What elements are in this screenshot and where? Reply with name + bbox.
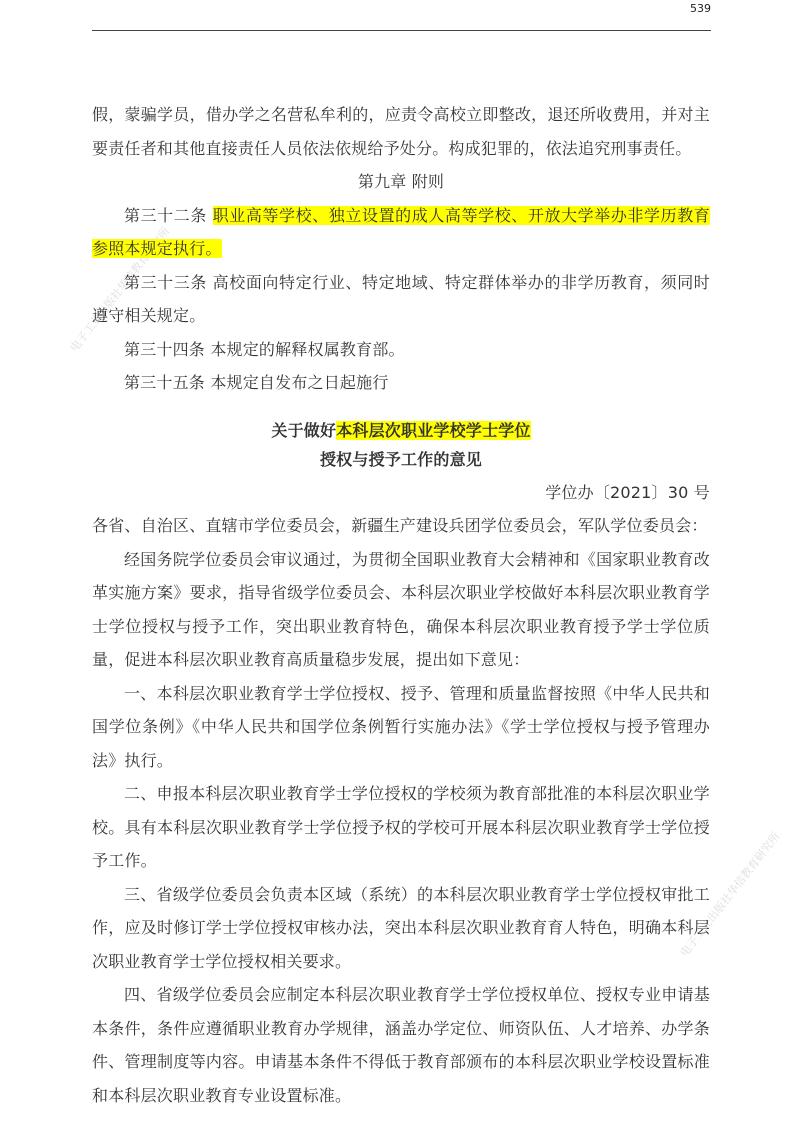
article-32: 第三十二条 职业高等学校、独立设置的成人高等学校、开放大学举办非学历教育参照本规…	[92, 199, 710, 266]
paragraph-1: 一、本科层次职业教育学士学位授权、授予、管理和质量监督按照《中华人民共和国学位条…	[92, 677, 710, 778]
title-line-1: 关于做好本科层次职业学校学士学位	[92, 416, 710, 445]
chapter-heading: 第九章 附则	[92, 165, 710, 199]
page-number: 539	[690, 2, 711, 15]
document-body: 假，蒙骗学员，借办学之名营私牟利的，应责令高校立即整改，退还所收费用，并对主要责…	[92, 98, 710, 1112]
paragraph-4: 四、省级学位委员会应制定本科层次职业教育学士学位授权单位、授权专业申请基本条件，…	[92, 978, 710, 1112]
document-title: 关于做好本科层次职业学校学士学位 授权与授予工作的意见	[92, 416, 710, 474]
title-line-2: 授权与授予工作的意见	[92, 445, 710, 474]
article-label: 第三十二条	[124, 206, 207, 225]
article-label: 第三十四条	[124, 340, 205, 359]
header-rule	[92, 30, 711, 31]
article-text: 本规定自发布之日起施行	[210, 373, 388, 392]
document-number: 学位办〔2021〕30 号	[92, 476, 710, 510]
article-34: 第三十四条 本规定的解释权属教育部。	[92, 333, 710, 367]
article-33: 第三十三条 高校面向特定行业、特定地域、特定群体举办的非学历教育，须同时遵守相关…	[92, 266, 710, 333]
article-text: 本规定的解释权属教育部。	[210, 340, 404, 359]
title-prefix: 关于做好	[271, 421, 336, 440]
article-label: 第三十五条	[124, 373, 205, 392]
continuation-paragraph: 假，蒙骗学员，借办学之名营私牟利的，应责令高校立即整改，退还所收费用，并对主要责…	[92, 98, 710, 165]
paragraph-intro: 经国务院学位委员会审议通过，为贯彻全国职业教育大会精神和《国家职业教育改革实施方…	[92, 543, 710, 677]
addressee: 各省、自治区、直辖市学位委员会，新疆生产建设兵团学位委员会，军队学位委员会：	[92, 509, 710, 543]
paragraph-3: 三、省级学位委员会负责本区域（系统）的本科层次职业教育学士学位授权审批工作，应及…	[92, 878, 710, 979]
paragraph-2: 二、申报本科层次职业教育学士学位授权的学校须为教育部批准的本科层次职业学校。具有…	[92, 777, 710, 878]
title-highlight: 本科层次职业学校学士学位	[336, 421, 530, 440]
article-label: 第三十三条	[124, 273, 207, 292]
article-35: 第三十五条 本规定自发布之日起施行	[92, 366, 710, 400]
